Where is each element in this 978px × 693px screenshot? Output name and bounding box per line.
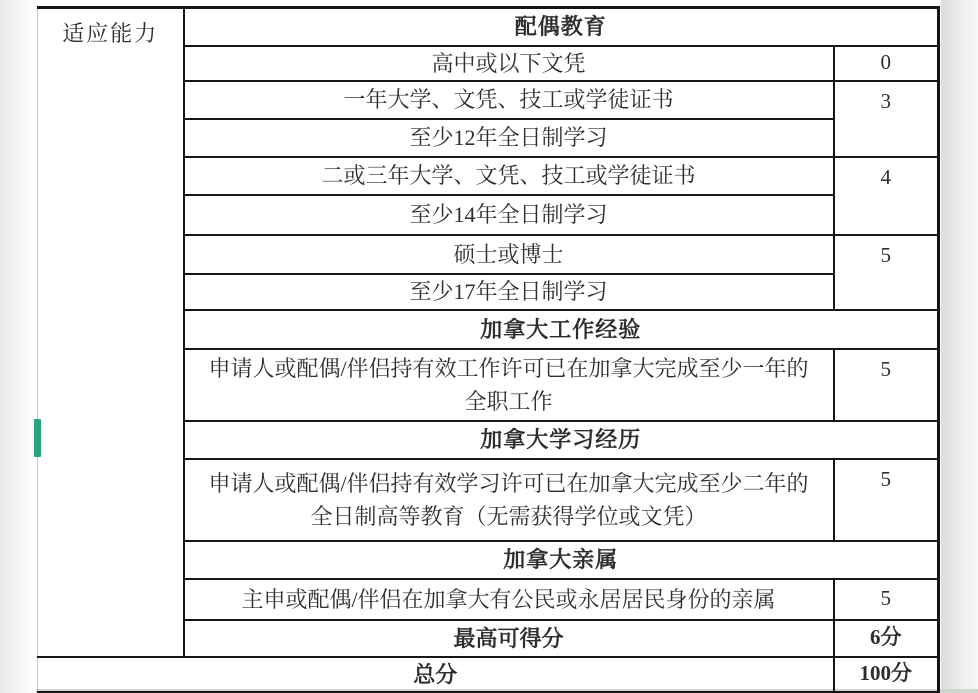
green-highlight-marker <box>34 419 41 457</box>
criterion-min12-years: 至少12年全日制学习 <box>184 119 834 157</box>
criterion-master-phd: 硕士或博士 <box>184 235 834 274</box>
category-label: 适应能力 <box>62 21 158 46</box>
total-score-value: 100分 <box>834 657 939 693</box>
section-header-spouse-education: 配偶教育 <box>184 8 939 46</box>
criterion-one-year: 一年大学、文凭、技工或学徒证书 <box>184 81 834 119</box>
page-left-edge <box>0 0 36 693</box>
score-work-experience: 5 <box>834 349 939 421</box>
score-one-year: 3 <box>834 81 939 157</box>
section-header-canada-work: 加拿大工作经验 <box>184 310 939 349</box>
table-row: 总分 100分 <box>38 657 939 693</box>
score-study-experience: 5 <box>834 459 939 541</box>
page-right-edge <box>941 0 978 693</box>
adaptability-score-table: 适应能力 配偶教育 高中或以下文凭 0 一年大学、文凭、技工或学徒证书 3 至少… <box>37 6 940 693</box>
criterion-highschool: 高中或以下文凭 <box>184 46 834 81</box>
total-score-label: 总分 <box>38 657 834 693</box>
max-score-value: 6分 <box>834 620 939 657</box>
criterion-relatives: 主申或配偶/伴侣在加拿大有公民或永居居民身份的亲属 <box>184 579 834 620</box>
criterion-study-experience: 申请人或配偶/伴侣持有效学习许可已在加拿大完成至少二年的 全日制高等教育（无需获… <box>184 459 834 541</box>
criterion-min17-years: 至少17年全日制学习 <box>184 274 834 310</box>
criterion-min14-years: 至少14年全日制学习 <box>184 195 834 235</box>
table-row: 适应能力 配偶教育 <box>38 8 939 46</box>
page: { "page": { "background_color": "#ffffff… <box>0 0 978 693</box>
score-highschool: 0 <box>834 46 939 81</box>
criterion-work-experience: 申请人或配偶/伴侣持有效工作许可已在加拿大完成至少一年的 全职工作 <box>184 349 834 421</box>
category-cell: 适应能力 <box>38 8 184 657</box>
score-two-three-year: 4 <box>834 157 939 235</box>
score-relatives: 5 <box>834 579 939 620</box>
section-header-canada-study: 加拿大学习经历 <box>184 421 939 459</box>
max-score-label: 最高可得分 <box>184 620 834 657</box>
score-master-phd: 5 <box>834 235 939 310</box>
section-header-canada-relatives: 加拿大亲属 <box>184 541 939 579</box>
criterion-two-three-year: 二或三年大学、文凭、技工或学徒证书 <box>184 157 834 195</box>
